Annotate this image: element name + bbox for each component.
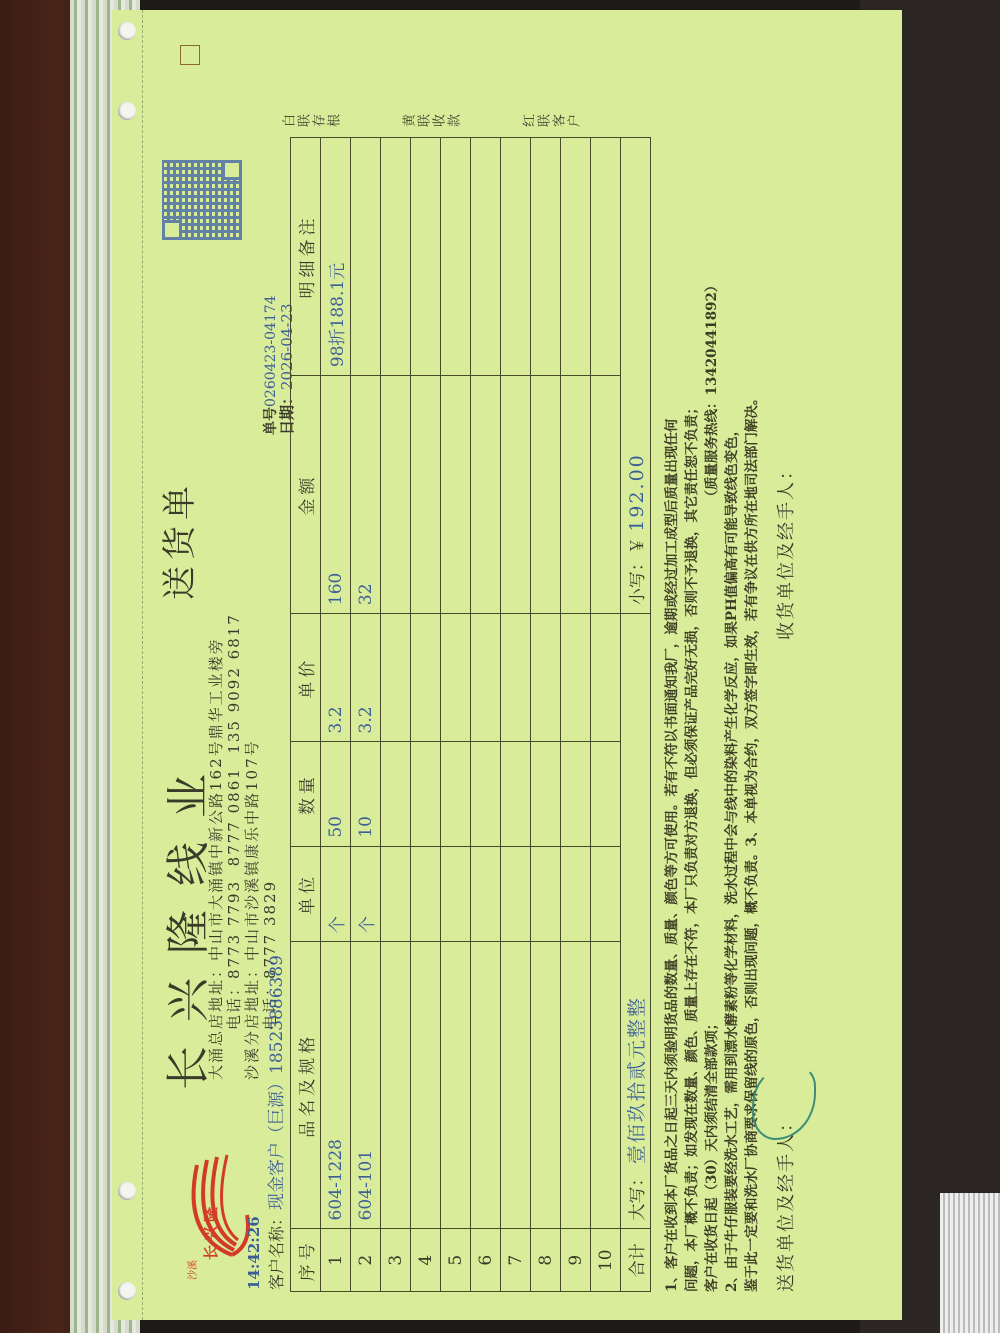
logo-brand-name: 长兴隆 [200, 1203, 221, 1260]
cell-seq: 9 [561, 1229, 591, 1292]
cell-qty: 50 [321, 742, 351, 846]
cell-name: 604-1228 [321, 942, 351, 1229]
table-row: 6 [471, 138, 501, 1292]
registration-mark-icon [180, 45, 200, 65]
tractor-hole [118, 1282, 136, 1300]
hq-phone: 电话：8773 7793 8777 0861 135 9092 6817 [225, 613, 244, 1030]
logo-subtext: 沙溪 [184, 1260, 199, 1280]
table-row: 4 [411, 138, 441, 1292]
cell-note [351, 138, 381, 376]
cell-qty: 10 [351, 742, 381, 846]
qr-code-icon [162, 160, 242, 240]
total-label: 合计 [621, 1229, 651, 1292]
col-name: 品名及规格 [291, 942, 321, 1229]
receiver-signature-label: 收货单位及经手人： [772, 460, 798, 640]
perforated-strip [112, 10, 143, 1320]
cell-seq: 3 [381, 1229, 411, 1292]
table-row: 5 [441, 138, 471, 1292]
terms-text: 1、客户在收到本厂货品之日起三天内须验明货品的数量、质量、颜色等方可使用。若有不… [662, 112, 762, 1292]
cell-amount: 32 [351, 376, 381, 614]
col-qty: 数量 [291, 742, 321, 846]
col-price: 单价 [291, 614, 321, 742]
customer-label: 客户名称： [264, 1210, 287, 1290]
table-row: 9 [561, 138, 591, 1292]
paper-stack-corner [940, 1193, 1000, 1333]
items-table: 序号 品名及规格 单位 数量 单价 金额 明细备注 1604-1228个503.… [290, 137, 651, 1292]
col-note: 明细备注 [291, 138, 321, 376]
delivery-receipt: 沙溪 长兴隆 长兴隆线业 送货单 大涌总店地址：中山市大涌镇中新公路162号鼎华… [112, 10, 902, 1320]
cell-price: 3.2 [351, 614, 381, 742]
tractor-hole [118, 102, 136, 120]
terms-line: 1、客户在收到本厂货品之日起三天内须验明货品的数量、质量、颜色等方可使用。若有不… [662, 112, 682, 1292]
cell-seq: 4 [411, 1229, 441, 1292]
customer-name: 现金客户（巨源）18523886389 [262, 955, 287, 1210]
cell-unit: 个 [321, 846, 351, 941]
total-small: 小写：￥ 192.00 [621, 138, 651, 614]
cell-seq: 5 [441, 1229, 471, 1292]
table-row: 7 [501, 138, 531, 1292]
tractor-hole [118, 22, 136, 40]
print-time: 14:42:26 [245, 1216, 263, 1290]
branch-address: 沙溪分店地址：中山市沙溪镇康乐中路107号 [243, 739, 262, 1080]
table-header-row: 序号 品名及规格 单位 数量 单价 金额 明细备注 [291, 138, 321, 1292]
table-row: 8 [531, 138, 561, 1292]
terms-line: 问题，本厂概不负责；如发现在数量、颜色、质量上存在不符，本厂只负责对方退换，但必… [682, 112, 702, 1292]
handwritten-signature [752, 1066, 816, 1140]
copy-white: 白联存根 [282, 113, 342, 132]
terms-line: 2、由于牛仔服装要经洗水工艺，需用到漂水酵素粉等化学材料，洗水过程中会与线中的染… [722, 112, 742, 1292]
col-unit: 单位 [291, 846, 321, 941]
total-row: 合计 大写： 壹佰玖拾贰元整整 小写：￥ 192.00 [621, 138, 651, 1292]
table-row: 1604-1228个503.216098折188.1元 [321, 138, 351, 1292]
document-title: 送货单 [152, 480, 201, 600]
cell-name: 604-101 [351, 942, 381, 1229]
col-seq: 序号 [291, 1229, 321, 1292]
cell-note: 98折188.1元 [321, 138, 351, 376]
cell-seq: 2 [351, 1229, 381, 1292]
cell-seq: 10 [591, 1229, 621, 1292]
cell-seq: 7 [501, 1229, 531, 1292]
cell-amount: 160 [321, 376, 351, 614]
tractor-hole [118, 1182, 136, 1200]
cell-unit: 个 [351, 846, 381, 941]
table-row: 3 [381, 138, 411, 1292]
table-row: 2604-101个103.232 [351, 138, 381, 1292]
hq-address: 大涌总店地址：中山市大涌镇中新公路162号鼎华工业楼旁 [207, 637, 226, 1080]
cell-seq: 8 [531, 1229, 561, 1292]
cell-seq: 1 [321, 1229, 351, 1292]
copy-yellow: 黄联收款 [402, 113, 462, 132]
table-row: 10 [591, 138, 621, 1292]
col-amount: 金额 [291, 376, 321, 614]
terms-line: 客户在收货日起（30）天内须结清全部款项；（质量服务热线：13420441892… [702, 112, 722, 1292]
cell-seq: 6 [471, 1229, 501, 1292]
cell-price: 3.2 [321, 614, 351, 742]
copy-red: 红联客户 [522, 113, 582, 132]
total-caps: 大写： 壹佰玖拾贰元整整 [621, 614, 651, 1229]
